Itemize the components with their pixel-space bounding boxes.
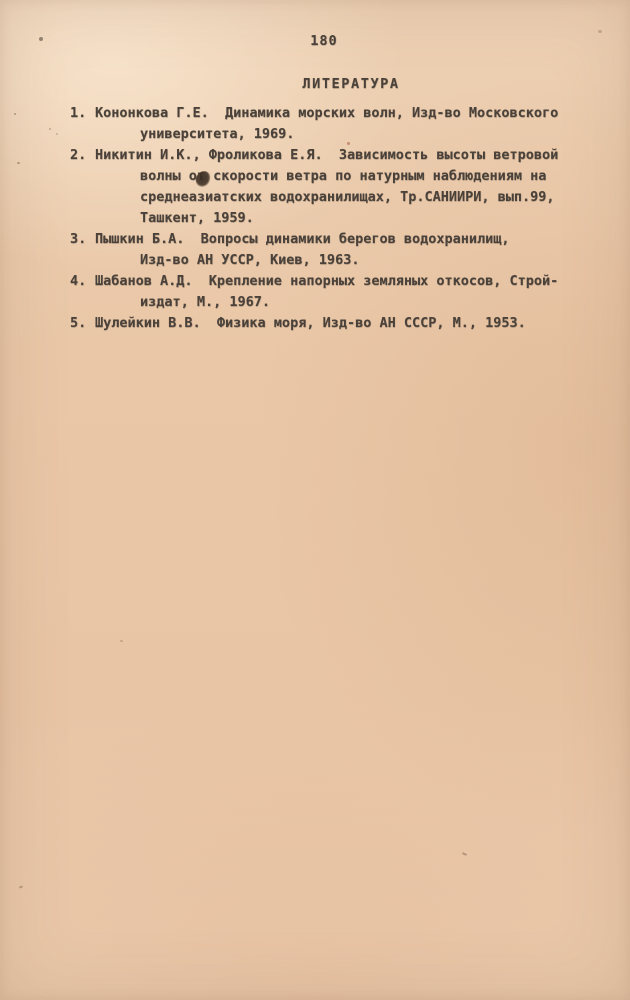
paper-speck — [598, 30, 602, 33]
reference-line: Никитин И.К., Фроликова Е.Я. Зависимость… — [95, 145, 578, 166]
reference-line: среднеазиатских водохранилищах, Тр.САНИИ… — [140, 187, 578, 208]
paper-speck — [19, 886, 23, 889]
paper-speck — [14, 113, 16, 115]
reference-line: Изд-во АН УССР, Киев, 1963. — [140, 250, 578, 271]
reference-item: 4. Шабанов А.Д. Крепление напорных земля… — [70, 271, 578, 313]
reference-item: 2. Никитин И.К., Фроликова Е.Я. Зависимо… — [70, 145, 578, 229]
paper-speck — [120, 640, 123, 642]
reference-item: 1. Кононкова Г.Е. Динамика морских волн,… — [70, 103, 578, 145]
reference-list: 1. Кононкова Г.Е. Динамика морских волн,… — [70, 103, 578, 334]
reference-number: 3. — [70, 229, 95, 271]
reference-text: Кононкова Г.Е. Динамика морских волн, Из… — [95, 103, 578, 145]
paper-speck — [49, 128, 51, 130]
reference-number: 1. — [70, 103, 95, 145]
scanned-page: 180 ЛИТЕРАТУРА 1. Кононкова Г.Е. Динамик… — [0, 0, 630, 1000]
reference-line: Пышкин Б.А. Вопросы динамики берегов вод… — [95, 229, 578, 250]
reference-line: издат, М., 1967. — [140, 292, 578, 313]
paper-speck — [347, 142, 350, 145]
reference-text: Шабанов А.Д. Крепление напорных земляных… — [95, 271, 578, 313]
reference-item: 3. Пышкин Б.А. Вопросы динамики берегов … — [70, 229, 578, 271]
reference-text: Пышкин Б.А. Вопросы динамики берегов вод… — [95, 229, 578, 271]
reference-line: Ташкент, 1959. — [140, 208, 578, 229]
paper-speck — [39, 37, 43, 41]
page-content: 180 ЛИТЕРАТУРА 1. Кононкова Г.Е. Динамик… — [70, 34, 578, 334]
reference-line: университета, 1969. — [140, 124, 578, 145]
reference-item: 5. Шулейкин В.В. Физика моря, Изд-во АН … — [70, 313, 578, 334]
page-number: 180 — [70, 34, 578, 48]
reference-number: 2. — [70, 145, 95, 229]
section-heading: ЛИТЕРАТУРА — [97, 77, 605, 91]
reference-number: 5. — [70, 313, 95, 334]
paper-speck — [56, 133, 58, 135]
reference-text: Никитин И.К., Фроликова Е.Я. Зависимость… — [95, 145, 578, 229]
reference-number: 4. — [70, 271, 95, 313]
reference-line: Кононкова Г.Е. Динамика морских волн, Из… — [95, 103, 578, 124]
reference-text: Шулейкин В.В. Физика моря, Изд-во АН ССС… — [95, 313, 578, 334]
paper-speck — [17, 162, 20, 164]
reference-line: Шабанов А.Д. Крепление напорных земляных… — [95, 271, 578, 292]
reference-line: Шулейкин В.В. Физика моря, Изд-во АН ССС… — [95, 313, 578, 334]
paper-speck — [462, 852, 467, 856]
